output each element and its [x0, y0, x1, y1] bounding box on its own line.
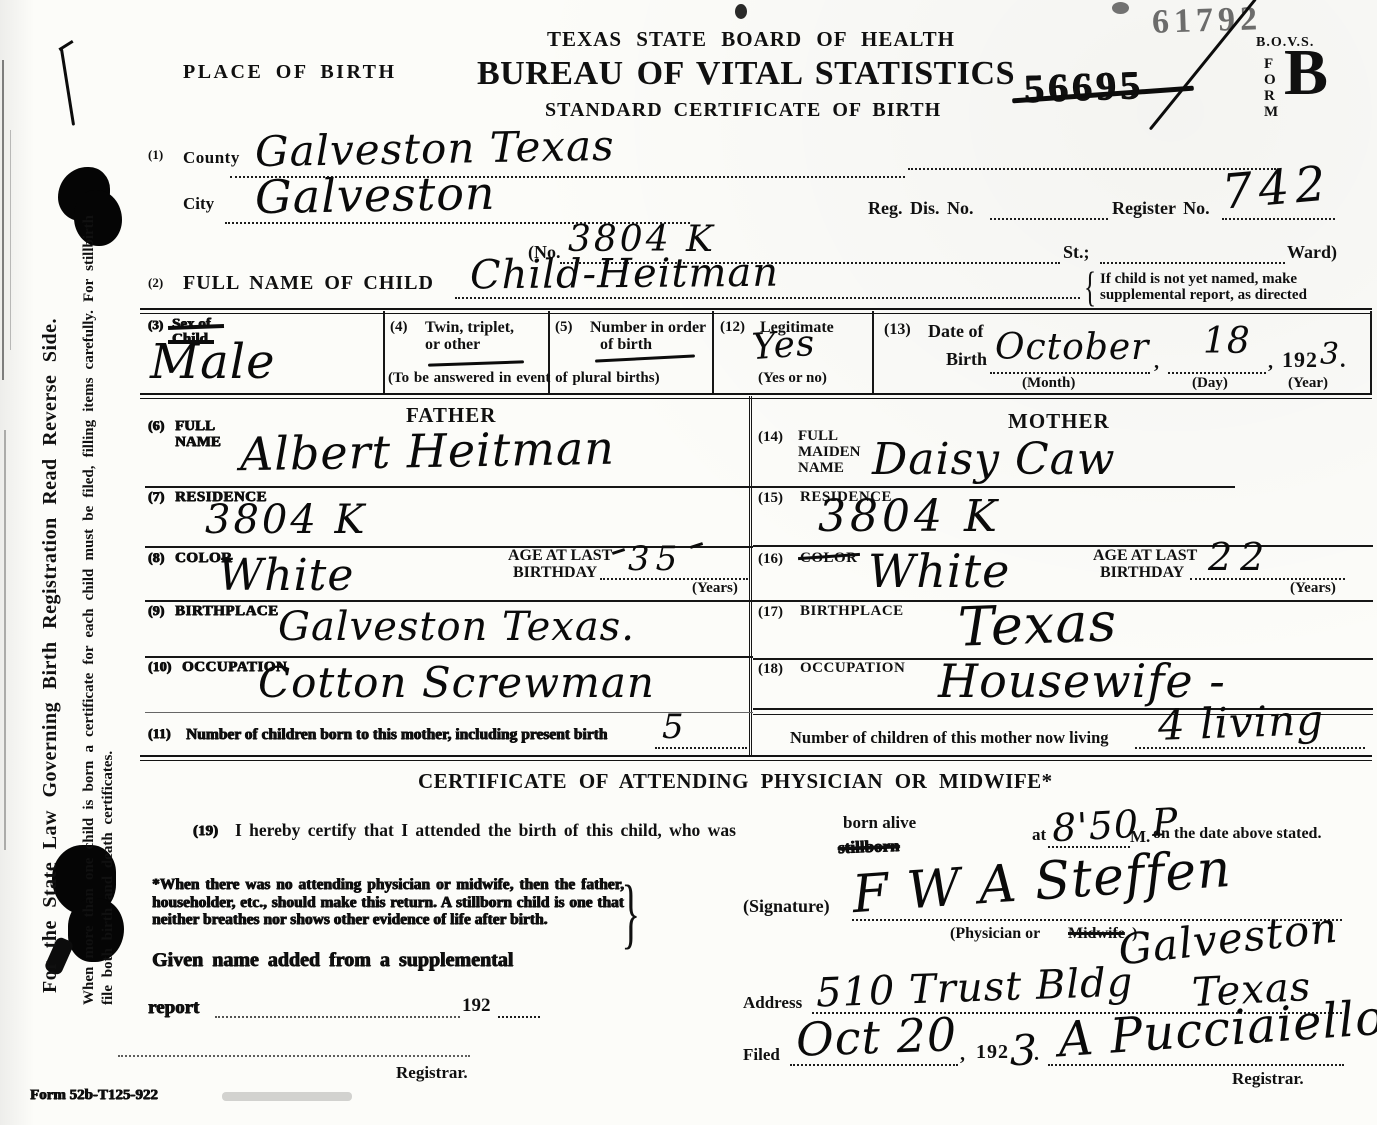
footnote: *When there was no attending physician o…: [152, 876, 624, 929]
mother-birthplace-value: Texas: [957, 595, 1118, 655]
item-5: (5): [555, 320, 573, 336]
illegible-smudge: [222, 1092, 352, 1101]
item-4: (4): [390, 320, 408, 336]
pen-mark: [60, 48, 75, 126]
underline: [145, 486, 753, 488]
birth-month-value: October: [995, 330, 1149, 366]
signature-city-value: Galveston: [1116, 907, 1340, 972]
mother-residence-value: 3804 K: [818, 495, 1001, 539]
mother-name-label-2: MAIDEN: [798, 445, 861, 461]
dotted-line: [790, 1064, 958, 1066]
sidebar-law-note: For the State Law Governing Birth Regist…: [40, 113, 61, 993]
yes-or-no-note: (Yes or no): [758, 371, 827, 387]
father-name-label-2: NAME: [175, 435, 221, 451]
standard-title: STANDARD CERTIFICATE OF BIRTH: [545, 100, 941, 121]
birth-day-value: 18: [1203, 324, 1251, 360]
form-letter-b: B: [1284, 38, 1328, 107]
scan-edge-line: [4, 430, 6, 850]
certify-item: (19): [193, 824, 218, 840]
section-rule: [140, 308, 1372, 314]
unnamed-note-line2: supplemental report, as directed: [1100, 288, 1307, 304]
period: .: [1340, 348, 1346, 371]
registrar-label-right: Registrar.: [1232, 1070, 1304, 1088]
father-residence-value: 3804 K: [205, 500, 367, 540]
place-of-birth-label: PLACE OF BIRTH: [183, 62, 397, 83]
twin-label-1: Twin, triplet,: [425, 320, 514, 337]
county-label: County: [183, 149, 240, 167]
ink-dot: [735, 4, 747, 19]
pen-mark: [58, 40, 73, 51]
comma: ,: [1268, 352, 1273, 373]
city-value: Galveston: [255, 170, 496, 220]
dotted-line: [1135, 747, 1365, 749]
dotted-line: [655, 747, 747, 749]
column-divider: [712, 311, 714, 393]
stillborn-label-struck: stillborn: [838, 837, 900, 857]
mother-name-label-3: NAME: [798, 461, 844, 477]
brace-close: }: [621, 872, 640, 954]
bureau-title: BUREAU OF VITAL STATISTICS: [477, 56, 1015, 92]
underline: [145, 600, 753, 602]
legitimate-value: Yes: [751, 326, 817, 366]
birth-certificate-scan: For the State Law Governing Birth Regist…: [0, 0, 1377, 1125]
dotted-line: [990, 218, 1108, 220]
item-1: (1): [148, 148, 163, 162]
dotted-line: [1222, 218, 1335, 220]
item-6: (6): [148, 420, 164, 435]
father-name-value: Albert Heitman: [240, 425, 616, 478]
certificate-title: CERTIFICATE OF ATTENDING PHYSICIAN OR MI…: [418, 770, 1053, 792]
report-label: report: [148, 998, 199, 1018]
item-13: (13): [884, 322, 911, 339]
m-label: M.: [1130, 828, 1150, 846]
underline: [753, 545, 1373, 547]
item-18: (18): [758, 662, 783, 678]
unnamed-note-line1: If child is not yet named, make: [1100, 272, 1297, 288]
section-rule: [140, 755, 1372, 761]
address-label: Address: [743, 994, 802, 1012]
item-14: (14): [758, 430, 783, 446]
father-years-note: (Years): [692, 581, 738, 597]
date-stated-text: on the date above stated.: [1153, 826, 1321, 843]
form-number: Form 52b-T125-922: [30, 1088, 158, 1104]
scan-edge-line: [10, 130, 11, 350]
filed-date-value: Oct 20: [795, 1011, 958, 1063]
item-17: (17): [758, 605, 783, 621]
comma: ,: [1154, 352, 1159, 373]
mother-occupation-value: Housewife -: [938, 658, 1226, 704]
register-no-value: 742: [1220, 159, 1333, 216]
dotted-line: [1048, 1064, 1344, 1066]
father-occupation-value: Cotton Screwman: [258, 662, 655, 704]
mother-age-label-1: AGE AT LAST: [1093, 548, 1197, 565]
handwritten-dash: [428, 360, 524, 366]
county-value: Galveston Texas: [255, 125, 615, 173]
birth-label: Birth: [946, 350, 987, 369]
mother-name-value: Daisy Caw: [872, 438, 1116, 482]
father-color-value: White: [218, 554, 354, 598]
scan-edge-line: [2, 60, 4, 380]
birth-year-value: 3: [1320, 340, 1340, 370]
children-living-value: 4 living: [1157, 699, 1324, 747]
at-label: at: [1032, 826, 1046, 844]
given-name-note: Given name added from a supplemental: [152, 950, 513, 971]
mother-section-title: MOTHER: [1008, 410, 1110, 432]
order-label-1: Number in order: [590, 320, 706, 337]
handwritten-dash: [595, 354, 695, 362]
father-birthplace-value: Galveston Texas.: [278, 607, 635, 647]
day-note: (Day): [1192, 376, 1228, 392]
report-year: 192: [462, 996, 491, 1016]
child-name-value: Child-Heitman: [470, 253, 779, 296]
column-divider: [872, 311, 874, 393]
full-name-of-child-label: FULL NAME OF CHILD: [183, 273, 434, 294]
year-printed: 192: [1282, 348, 1318, 371]
item-15: (15): [758, 491, 783, 507]
dotted-line: [455, 297, 1080, 299]
sex-value: Male: [150, 338, 276, 386]
item-10: (10): [148, 661, 171, 676]
children-born-value: 5: [662, 710, 685, 744]
ink-dot: [1112, 2, 1129, 14]
children-living-label: Number of children of this mother now li…: [790, 729, 1109, 746]
twin-label-2: or other: [425, 337, 480, 354]
crossed-certificate-number: 56695: [1023, 64, 1144, 110]
item-16: (16): [758, 552, 783, 568]
signature-label: (Signature): [743, 897, 830, 916]
period: .: [1034, 1044, 1039, 1065]
physician-or-label: (Physician or: [950, 926, 1040, 943]
mother-years-note: (Years): [1290, 581, 1336, 597]
dotted-line: [118, 1055, 470, 1057]
brace-open: {: [1084, 266, 1096, 310]
father-age-label-2: BIRTHDAY: [513, 565, 597, 582]
form-word-vertical: FORM: [1264, 56, 1278, 120]
father-age-label-1: AGE AT LAST: [508, 548, 612, 565]
sidebar-filing-note: When more than one child is born a certi…: [80, 215, 118, 1005]
mother-occupation-label: OCCUPATION: [800, 661, 905, 677]
ward-label: Ward): [1287, 243, 1337, 262]
item-7: (7): [148, 491, 164, 506]
plural-births-note: (To be answered in event of plural birth…: [388, 371, 660, 387]
comma: ,: [960, 1044, 965, 1065]
registrar-label-left: Registrar.: [396, 1064, 468, 1082]
center-divider: [749, 396, 756, 756]
dotted-line: [1168, 372, 1266, 374]
register-no-label: Register No.: [1112, 199, 1210, 218]
item-3: (3): [148, 318, 163, 332]
month-note: (Month): [1022, 376, 1075, 392]
mother-age-value: 22: [1208, 538, 1272, 576]
item-2: (2): [148, 276, 163, 290]
column-divider: [1370, 311, 1372, 393]
certify-text: I hereby certify that I attended the bir…: [235, 821, 736, 839]
mother-color-value: White: [868, 548, 1010, 594]
item-9: (9): [148, 605, 164, 620]
st-label: St.;: [1063, 243, 1090, 262]
item-12: (12): [720, 320, 745, 336]
mother-birthplace-label: BIRTHPLACE: [800, 604, 904, 620]
board-title: TEXAS STATE BOARD OF HEALTH: [547, 28, 955, 50]
dotted-line: [498, 1016, 540, 1018]
born-alive-label: born alive: [843, 814, 916, 832]
order-label-2: of birth: [600, 337, 652, 354]
year-note: (Year): [1288, 376, 1328, 392]
mother-age-label-2: BIRTHDAY: [1100, 565, 1184, 582]
column-divider: [383, 311, 385, 393]
item-11: (11): [148, 728, 171, 743]
father-name-label-1: FULL: [175, 419, 215, 435]
dotted-line: [215, 1016, 460, 1018]
underline: [753, 486, 1235, 488]
father-age-value: 35: [628, 542, 683, 576]
section-rule: [140, 393, 1372, 399]
city-label: City: [183, 195, 214, 213]
handwritten-dash: [612, 548, 625, 555]
father-birthplace-label: BIRTHPLACE: [175, 604, 279, 620]
mother-name-label-1: FULL: [798, 429, 838, 445]
dotted-line: [1100, 262, 1285, 264]
date-of-label: Date of: [928, 322, 983, 341]
address-value: 510 Trust Bldg: [815, 962, 1134, 1013]
physician-signature-value: F W A Steffen: [851, 843, 1233, 921]
item-8: (8): [148, 552, 164, 567]
filed-year-printed: 192: [976, 1042, 1009, 1063]
filed-label: Filed: [743, 1046, 780, 1064]
reg-dis-no-label: Reg. Dis. No.: [868, 199, 974, 218]
children-born-label: Number of children born to this mother, …: [186, 727, 607, 743]
dotted-line: [990, 372, 1150, 374]
